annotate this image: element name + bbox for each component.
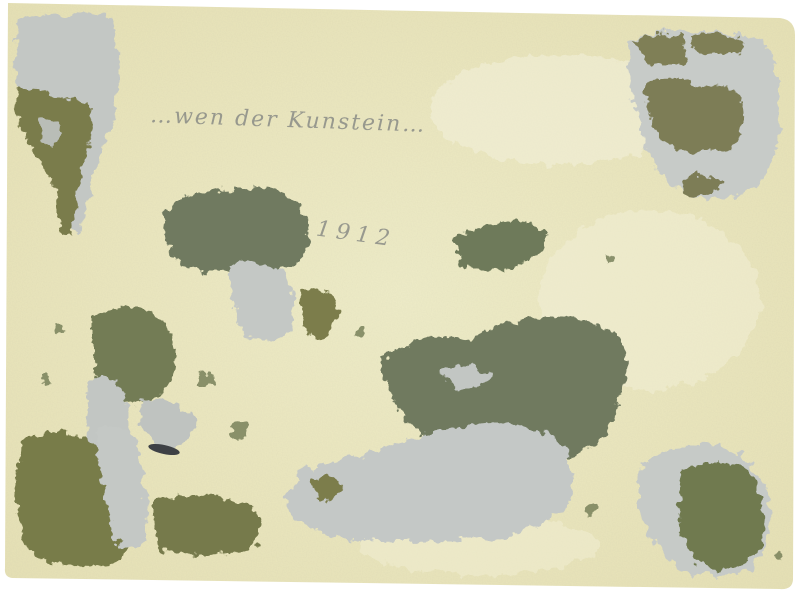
residue-patch-center-left xyxy=(164,188,310,273)
card-photo xyxy=(0,0,800,595)
